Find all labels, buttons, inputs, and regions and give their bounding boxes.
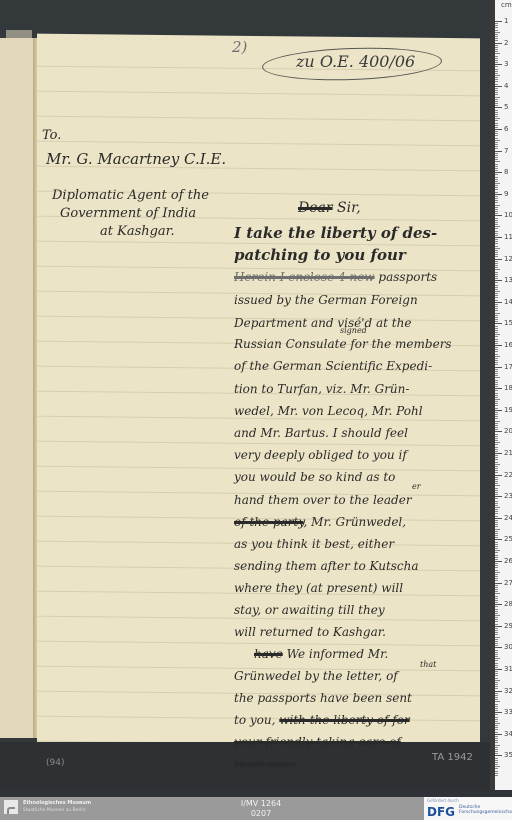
ruler-minor-tick	[495, 455, 498, 456]
ruler-minor-tick	[495, 339, 498, 340]
ruler-minor-tick	[495, 708, 498, 709]
ruler-minor-tick	[495, 574, 498, 575]
ruler-minor-tick	[495, 73, 498, 74]
ruler-minor-tick	[495, 181, 498, 182]
ruler-minor-tick	[495, 256, 498, 257]
ruler-minor-tick	[495, 572, 500, 573]
ruler-minor-tick	[495, 507, 500, 508]
ruler-label: 5	[504, 103, 508, 111]
ruler-minor-tick	[495, 330, 498, 331]
ruler-label: 25	[504, 535, 512, 543]
ruler-minor-tick	[495, 90, 498, 91]
ruler-minor-tick	[495, 440, 498, 441]
ruler-minor-tick	[495, 148, 498, 149]
ruler-minor-tick	[495, 686, 498, 687]
ruler-minor-tick	[495, 591, 498, 592]
insertion-mark: er	[412, 482, 421, 491]
ruler-minor-tick	[495, 114, 498, 115]
ruler-minor-tick	[495, 395, 498, 396]
ruler-major-tick	[495, 64, 502, 65]
ruler-minor-tick	[495, 200, 498, 201]
ruler-major-tick	[495, 86, 502, 87]
body-line: patching to you four	[234, 246, 406, 264]
ruler-minor-tick	[495, 347, 498, 348]
ruler-minor-tick	[495, 209, 498, 210]
ruler-minor-tick	[495, 321, 498, 322]
ruler-minor-tick	[495, 133, 498, 134]
ruler-minor-tick	[495, 412, 498, 413]
ruler-minor-tick	[495, 116, 498, 117]
ruler-minor-tick	[495, 701, 500, 702]
ruler-minor-tick	[495, 32, 500, 33]
ruler-minor-tick	[495, 600, 498, 601]
ruler-minor-tick	[495, 714, 498, 715]
archive-stamp: TA 1942	[432, 752, 473, 763]
ruler-minor-tick	[495, 371, 498, 372]
ruler-minor-tick	[495, 624, 498, 625]
ruler-minor-tick	[495, 51, 498, 52]
ruler-minor-tick	[495, 313, 500, 314]
ruler-minor-tick	[495, 438, 498, 439]
ruler-major-tick	[495, 626, 502, 627]
ruler-minor-tick	[495, 192, 498, 193]
ruler-minor-tick	[495, 427, 498, 428]
footer-bar: Ethnologisches Museum Staatliche Museen …	[0, 797, 512, 820]
ruler-minor-tick	[495, 652, 498, 653]
ruler-minor-tick	[495, 749, 498, 750]
ruler-label: 16	[504, 341, 512, 349]
ruler-minor-tick	[495, 740, 498, 741]
body-line-struck: your friendly taking care of	[234, 735, 401, 749]
ruler-label: 6	[504, 125, 508, 133]
ruler-major-tick	[495, 518, 502, 519]
ruler-minor-tick	[495, 721, 498, 722]
ruler-minor-tick	[495, 416, 498, 417]
ruler-minor-tick	[495, 479, 498, 480]
ruler-minor-tick	[495, 481, 498, 482]
ruler-minor-tick	[495, 269, 500, 270]
page-number-mark: 2)	[232, 38, 247, 56]
ruler-minor-tick	[495, 226, 500, 227]
recipient-name: Mr. G. Macartney C.I.E.	[46, 150, 226, 168]
ruler-minor-tick	[495, 300, 498, 301]
body-line: sending them after to Kutscha	[234, 559, 419, 573]
ruler-major-tick	[495, 431, 502, 432]
body-line: and Mr. Bartus. I should feel	[234, 426, 408, 440]
ruler-major-tick	[495, 172, 502, 173]
ruler-minor-tick	[495, 380, 498, 381]
museum-logo-icon	[4, 800, 18, 814]
body-line: I take the liberty of des-	[234, 224, 437, 242]
body-line: very deeply obliged to you if	[234, 448, 407, 462]
ruler-minor-tick	[495, 719, 498, 720]
ruler-minor-tick	[495, 598, 498, 599]
ruler-minor-tick	[495, 544, 498, 545]
ruler-label: 7	[504, 147, 508, 155]
ruler-major-tick	[495, 388, 502, 389]
ruler-minor-tick	[495, 587, 498, 588]
ruler-minor-tick	[495, 522, 498, 523]
ruler-minor-tick	[495, 47, 498, 48]
ruler-minor-tick	[495, 565, 498, 566]
ruler-minor-tick	[495, 218, 498, 219]
ruler-minor-tick	[495, 127, 498, 128]
funder-name-2: Forschungsgemeinschaft	[459, 810, 512, 815]
ruler-minor-tick	[495, 418, 498, 419]
ruler-minor-tick	[495, 120, 498, 121]
ruler-minor-tick	[495, 429, 498, 430]
ruler-minor-tick	[495, 436, 498, 437]
ruler-minor-tick	[495, 397, 498, 398]
ruler-label: 29	[504, 622, 512, 630]
ruler-minor-tick	[495, 736, 498, 737]
ruler-minor-tick	[495, 373, 498, 374]
ruler-minor-tick	[495, 492, 498, 493]
ruler-minor-tick	[495, 535, 498, 536]
ruler-minor-tick	[495, 356, 500, 357]
ruler-minor-tick	[495, 161, 500, 162]
dfg-logo-icon: DFG	[427, 805, 455, 819]
ruler-minor-tick	[495, 56, 498, 57]
ruler-minor-tick	[495, 384, 498, 385]
ruler-minor-tick	[495, 135, 498, 136]
ruler-label: 14	[504, 298, 512, 306]
ruler-minor-tick	[495, 684, 498, 685]
ruler-minor-tick	[495, 466, 498, 467]
ruler-minor-tick	[495, 77, 498, 78]
ruler-minor-tick	[495, 125, 498, 126]
body-line: have We informed Mr.	[254, 647, 388, 661]
ruler-minor-tick	[495, 123, 498, 124]
ruler-major-tick	[495, 539, 502, 540]
ruler-minor-tick	[495, 168, 498, 169]
ruler-minor-tick	[495, 164, 498, 165]
ruler-minor-tick	[495, 423, 498, 424]
ruler-minor-tick	[495, 405, 498, 406]
body-line: to you, with the liberty of for	[234, 713, 410, 727]
ruler-minor-tick	[495, 451, 498, 452]
body-line: of the German Scientific Expedi-	[234, 359, 432, 373]
ruler-minor-tick	[495, 297, 498, 298]
ruler-minor-tick	[495, 189, 498, 190]
body-line: as you think it best, either	[234, 537, 394, 551]
ruler-minor-tick	[495, 529, 500, 530]
ruler-minor-tick	[495, 336, 498, 337]
ruler-minor-tick	[495, 295, 498, 296]
ruler-minor-tick	[495, 142, 498, 143]
ruler-minor-tick	[495, 550, 500, 551]
ruler-minor-tick	[495, 390, 498, 391]
ruler-minor-tick	[495, 717, 498, 718]
ruler-major-tick	[495, 151, 502, 152]
ruler-minor-tick	[495, 611, 498, 612]
body-line: you would be so kind as to	[234, 470, 395, 484]
ruler-minor-tick	[495, 308, 498, 309]
ruler-major-tick	[495, 215, 502, 216]
ruler-minor-tick	[495, 332, 498, 333]
ruler-minor-tick	[495, 738, 498, 739]
ruler-minor-tick	[495, 153, 498, 154]
ruler-label: 11	[504, 233, 512, 241]
ruler-minor-tick	[495, 667, 498, 668]
ruler-minor-tick	[495, 399, 500, 400]
ruler-minor-tick	[495, 334, 500, 335]
ruler-minor-tick	[495, 92, 498, 93]
ruler-minor-tick	[495, 341, 498, 342]
ruler-minor-tick	[495, 628, 498, 629]
ruler-minor-tick	[495, 697, 498, 698]
ruler-label: 26	[504, 557, 512, 565]
ruler-minor-tick	[495, 509, 498, 510]
ruler-minor-tick	[495, 768, 498, 769]
ruler-minor-tick	[495, 488, 498, 489]
ruler-minor-tick	[495, 185, 498, 186]
ruler-minor-tick	[495, 650, 498, 651]
ruler-minor-tick	[495, 723, 500, 724]
ruler-minor-tick	[495, 364, 498, 365]
ruler-major-tick	[495, 669, 502, 670]
ruler-minor-tick	[495, 766, 500, 767]
ruler-minor-tick	[495, 751, 498, 752]
shelfmark: I/MV 1264	[226, 799, 296, 809]
ruler-minor-tick	[495, 60, 498, 61]
ruler-minor-tick	[495, 552, 498, 553]
ruler-minor-tick	[495, 291, 500, 292]
ruler-minor-tick	[495, 166, 498, 167]
ruler-minor-tick	[495, 27, 498, 28]
recipient-title-3: at Kashgar.	[100, 224, 175, 239]
ruler-minor-tick	[495, 239, 498, 240]
ruler-minor-tick	[495, 580, 498, 581]
ruler-minor-tick	[495, 699, 498, 700]
ruler-major-tick	[495, 561, 502, 562]
ruler-minor-tick	[495, 632, 498, 633]
ruler-minor-tick	[495, 729, 498, 730]
ruler-minor-tick	[495, 287, 498, 288]
ruler-minor-tick	[495, 265, 498, 266]
ruler-minor-tick	[495, 468, 498, 469]
ruler-minor-tick	[495, 81, 498, 82]
ruler-major-tick	[495, 475, 502, 476]
ruler-major-tick	[495, 367, 502, 368]
ruler-minor-tick	[495, 483, 498, 484]
ruler-minor-tick	[495, 570, 498, 571]
ruler-minor-tick	[495, 563, 498, 564]
ruler-minor-tick	[495, 578, 498, 579]
ruler-minor-tick	[495, 745, 500, 746]
ruler-minor-tick	[495, 358, 498, 359]
ruler-minor-tick	[495, 351, 498, 352]
ruler-label: 13	[504, 276, 512, 284]
ruler-label: 18	[504, 384, 512, 392]
ruler-minor-tick	[495, 38, 498, 39]
ruler-minor-tick	[495, 276, 498, 277]
ruler-major-tick	[495, 345, 502, 346]
ruler-minor-tick	[495, 118, 500, 119]
ruler-minor-tick	[495, 693, 498, 694]
ruler-minor-tick	[495, 725, 498, 726]
ruler-minor-tick	[495, 34, 498, 35]
ruler-minor-tick	[495, 511, 498, 512]
body-line: hand them over to the leader	[234, 493, 412, 507]
ruler-minor-tick	[495, 250, 498, 251]
ruler-label: 31	[504, 665, 512, 673]
ruler-minor-tick	[495, 375, 498, 376]
ruler-minor-tick	[495, 673, 498, 674]
ruler-minor-tick	[495, 267, 498, 268]
ruler-major-tick	[495, 107, 502, 108]
body-line: where they (at present) will	[234, 581, 403, 595]
ruler-label: 20	[504, 427, 512, 435]
ruler-label: 10	[504, 211, 512, 219]
ruler-minor-tick	[495, 103, 498, 104]
facing-page-edge	[0, 38, 35, 738]
ruler-minor-tick	[495, 196, 498, 197]
ruler-minor-tick	[495, 228, 498, 229]
ruler-minor-tick	[495, 596, 498, 597]
ruler-minor-tick	[495, 634, 498, 635]
ruler-minor-tick	[495, 637, 500, 638]
ruler-minor-tick	[495, 408, 498, 409]
ruler-minor-tick	[495, 505, 498, 506]
ruler-minor-tick	[495, 317, 498, 318]
ruler-minor-tick	[495, 174, 498, 175]
ruler-minor-tick	[495, 706, 498, 707]
ruler-minor-tick	[495, 360, 498, 361]
ruler-minor-tick	[495, 304, 498, 305]
ruler-minor-tick	[495, 155, 498, 156]
ruler-minor-tick	[495, 343, 498, 344]
ruler-minor-tick	[495, 682, 498, 683]
ruler-minor-tick	[495, 285, 498, 286]
ruler-label: 28	[504, 600, 512, 608]
body-line: will returned to Kashgar.	[234, 625, 386, 639]
ruler-minor-tick	[495, 386, 498, 387]
ruler-minor-tick	[495, 537, 498, 538]
ruler-minor-tick	[495, 138, 498, 139]
ruler-minor-tick	[495, 658, 500, 659]
ruler-minor-tick	[495, 639, 498, 640]
ruler-minor-tick	[495, 758, 498, 759]
ruler-minor-tick	[495, 621, 498, 622]
ruler-minor-tick	[495, 459, 498, 460]
ruler-minor-tick	[495, 97, 500, 98]
ruler-minor-tick	[495, 319, 498, 320]
recipient-title-2: Government of India	[60, 206, 196, 221]
ruler-major-tick	[495, 453, 502, 454]
ruler-minor-tick	[495, 144, 498, 145]
ruler-minor-tick	[495, 760, 498, 761]
insertion-mark: that	[420, 660, 436, 669]
ruler-minor-tick	[495, 220, 498, 221]
ruler-minor-tick	[495, 112, 498, 113]
ruler-minor-tick	[495, 524, 498, 525]
ruler-minor-tick	[495, 315, 498, 316]
ruler-minor-tick	[495, 498, 498, 499]
ruler-label: 22	[504, 471, 512, 479]
ruler-label: 24	[504, 514, 512, 522]
ruler-minor-tick	[495, 140, 500, 141]
ruler-label: 12	[504, 255, 512, 263]
ruler-minor-tick	[495, 84, 498, 85]
ruler-minor-tick	[495, 490, 498, 491]
ruler-minor-tick	[495, 36, 498, 37]
ruler-minor-tick	[495, 589, 498, 590]
ruler-minor-tick	[495, 349, 498, 350]
ruler-minor-tick	[495, 559, 498, 560]
ruler-minor-tick	[495, 457, 498, 458]
ruler-label: 27	[504, 579, 512, 587]
ruler-major-tick	[495, 691, 502, 692]
ruler-minor-tick	[495, 472, 498, 473]
ruler-minor-tick	[495, 213, 498, 214]
ruler-label: 32	[504, 687, 512, 695]
ruler-minor-tick	[495, 75, 500, 76]
ruler-minor-tick	[495, 246, 498, 247]
ruler-minor-tick	[495, 442, 500, 443]
ruler-minor-tick	[495, 513, 498, 514]
ruler-minor-tick	[495, 663, 498, 664]
ruler-minor-tick	[495, 732, 498, 733]
ruler-major-tick	[495, 259, 502, 260]
ruler-minor-tick	[495, 654, 498, 655]
ruler-minor-tick	[495, 146, 498, 147]
ruler-minor-tick	[495, 464, 500, 465]
ruler-minor-tick	[495, 585, 498, 586]
ruler-minor-tick	[495, 62, 498, 63]
ruler-minor-tick	[495, 170, 498, 171]
ruler-minor-tick	[495, 526, 498, 527]
ruler-minor-tick	[495, 727, 498, 728]
salutation: Dear Sir,	[298, 200, 361, 216]
ruler-minor-tick	[495, 485, 500, 486]
ruler-label: 35	[504, 751, 512, 759]
ruler-minor-tick	[495, 710, 498, 711]
ruler-minor-tick	[495, 678, 498, 679]
ruler-minor-tick	[495, 567, 498, 568]
manuscript-scan: 2) zu O.E. 400/06 To. Mr. G. Macartney C…	[0, 0, 490, 790]
institution-block[interactable]: Ethnologisches Museum Staatliche Museen …	[4, 800, 91, 814]
ruler-minor-tick	[495, 110, 498, 111]
ruler-minor-tick	[495, 775, 498, 776]
ruler-minor-tick	[495, 630, 498, 631]
ruler-label: 34	[504, 730, 512, 738]
salutation-struck: Dear	[298, 200, 333, 216]
ruler-major-tick	[495, 302, 502, 303]
body-line: Department and visé'd at the	[234, 316, 411, 330]
ruler-minor-tick	[495, 753, 498, 754]
ruler-minor-tick	[495, 680, 500, 681]
ruler-minor-tick	[495, 94, 498, 95]
ruler-minor-tick	[495, 470, 498, 471]
ruler-major-tick	[495, 129, 502, 130]
ruler-minor-tick	[495, 222, 498, 223]
ruler-major-tick	[495, 410, 502, 411]
ruler-minor-tick	[495, 434, 498, 435]
body-line: tion to Turfan, viz. Mr. Grün-	[234, 382, 409, 396]
ruler-minor-tick	[495, 613, 498, 614]
ruler-minor-tick	[495, 615, 500, 616]
ruler-minor-tick	[495, 762, 498, 763]
funder-block[interactable]: Gefördert durch DFG Deutsche Forschungsg…	[424, 797, 512, 820]
body-line: Herein I enclose 4 new passports	[234, 270, 437, 284]
ruler-minor-tick	[495, 187, 498, 188]
ruler-label: 9	[504, 190, 508, 198]
ruler-minor-tick	[495, 243, 498, 244]
ruler-major-tick	[495, 755, 502, 756]
ruler-minor-tick	[495, 254, 498, 255]
margin-stamp: (94)	[46, 758, 64, 768]
